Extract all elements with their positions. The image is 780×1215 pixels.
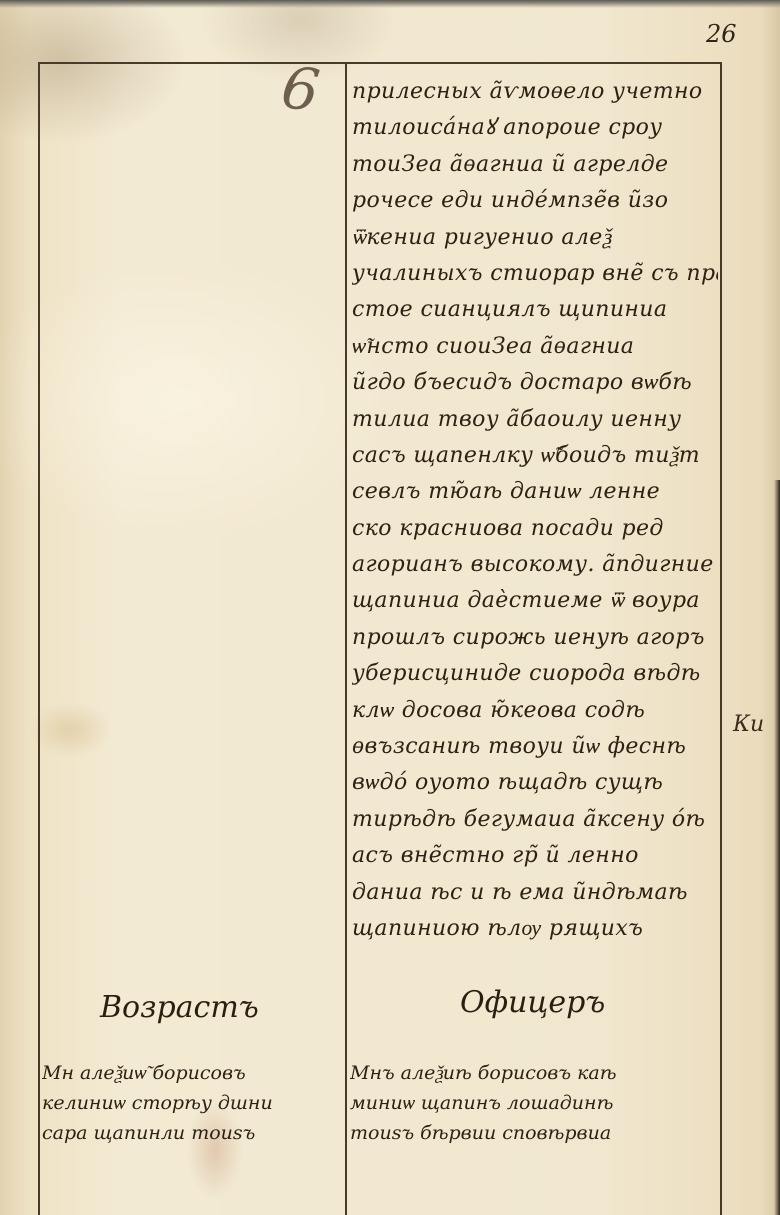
section-heading-left: Возрастъ	[100, 990, 259, 1025]
text-line: келиниѡ сторѣу дшни	[42, 1088, 342, 1118]
text-line: щапиниою ѣлѹ рящихъ	[352, 911, 718, 947]
ruled-line-right	[720, 62, 722, 1215]
right-margin-note: Ки	[733, 712, 764, 737]
text-line: ѳвъзсаниѣ твоуи и̃ѡ феснѣ	[352, 729, 718, 765]
text-line: учалиныхъ стиорар вне̃ съ пра	[352, 256, 718, 292]
text-line: вѡдо́ оуото ѣщадѣ сущѣ	[352, 765, 718, 801]
text-line: стое сианциялъ щипиниа	[352, 292, 718, 328]
text-line: ѿкениа ригуенио алеѯ	[352, 220, 718, 256]
text-line: клѡ досова ю̃кеова содѣ	[352, 693, 718, 729]
bottom-left-entry: Мн алеѯиѡ̃ борисовъ келиниѡ сторѣу дшни …	[42, 1058, 342, 1148]
ruled-line-middle	[345, 62, 347, 1215]
text-line: агорианъ высокому. а̃пдигние	[352, 547, 718, 583]
manuscript-page: 26 6 Ки прилесных а̃ѵмоѳело учетно тилои…	[0, 0, 780, 1215]
text-line: прошлъ сирожь иенуѣ агоръ	[352, 620, 718, 656]
text-line: севлъ тю̃аѣ даниѡ ленне	[352, 474, 718, 510]
text-line: тирѣдѣ бегумаиа а̃ксену о́ѣ	[352, 802, 718, 838]
main-column-text: прилесных а̃ѵмоѳело учетно тилоиса́наꙋ а…	[352, 74, 718, 947]
folio-number: 26	[706, 20, 737, 48]
text-line: Мнъ алеѯиѣ борисовъ каѣ	[350, 1058, 716, 1088]
text-line: щапиниа даѐстиеме ѿ воура	[352, 583, 718, 619]
text-line: уберисциниде сиорода вѣдѣ	[352, 656, 718, 692]
text-line: сасъ щапенлку ѡ̃боидъ тиѯт	[352, 438, 718, 474]
text-line: тилиа твоу а̃баоилу иенну	[352, 402, 718, 438]
text-line: тоиѕъ бѣрвии сповѣрвиа	[350, 1118, 716, 1148]
bottom-right-entry: Мнъ алеѯиѣ борисовъ каѣ миниѡ щапинъ лош…	[350, 1058, 716, 1148]
scan-edge-top	[0, 0, 780, 8]
ruled-line-top	[38, 62, 722, 64]
text-line: ѡ̃нсто сиоиЗеа а̃ѳагниа	[352, 329, 718, 365]
text-line: ско красниова посади ред	[352, 511, 718, 547]
text-line: даниа ѣс и ѣ ема и̃ндѣмаѣ	[352, 875, 718, 911]
text-line: тоиЗеа а̃ѳагниа и̃ агрелде	[352, 147, 718, 183]
section-heading-right: Офицеръ	[460, 985, 605, 1020]
text-line: миниѡ щапинъ лошадинѣ	[350, 1088, 716, 1118]
text-line: и̃гдо бъесидъ достаро вѡбѣ	[352, 365, 718, 401]
scan-edge-right	[774, 480, 780, 1215]
text-line: прилесных а̃ѵмоѳело учетно	[352, 74, 718, 110]
text-line: рочесе еди инде́мпзе̃в и̃зо	[352, 183, 718, 219]
marginal-number: 6	[277, 53, 323, 125]
ruled-line-left	[38, 62, 40, 1215]
text-line: тилоиса́наꙋ апороие сроу	[352, 110, 718, 146]
text-line: сара щапинли тоиѕъ	[42, 1118, 342, 1148]
text-line: Мн алеѯиѡ̃ борисовъ	[42, 1058, 342, 1088]
text-line: асъ вне̃стно гр̃ и̃ ленно	[352, 838, 718, 874]
